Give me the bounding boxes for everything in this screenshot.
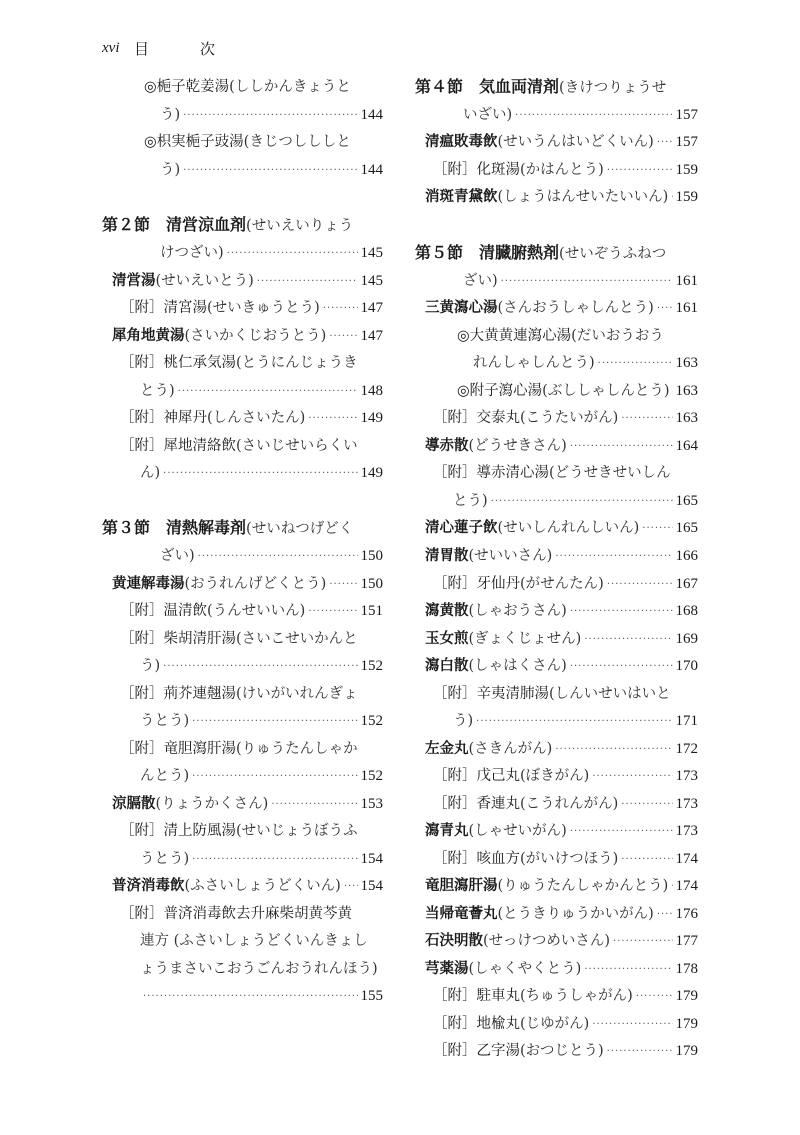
entry-text: ［附］駐車丸(ちゅうしゃがん) (433, 984, 633, 1008)
formula-name: 瀉黄散 (425, 603, 469, 619)
toc-entry[interactable]: う)144 (102, 158, 383, 182)
toc-entry[interactable]: ［附］荊芥連翹湯(けいがいれんぎょ (102, 682, 383, 706)
page-ref: 171 (676, 709, 699, 733)
entry-text: う) (140, 654, 160, 678)
entry-text: いざい) (463, 103, 512, 127)
dot-leader (257, 270, 358, 294)
reading: (しゃおうさん) (469, 603, 567, 619)
dot-leader (621, 407, 672, 431)
toc-entry[interactable]: 犀角地黄湯(さいかくじおうとう)147 (102, 324, 383, 348)
reading: うとう) (140, 851, 189, 867)
toc-entry[interactable]: ◎附子瀉心湯(ぶししゃしんとう)163 (415, 379, 698, 403)
dot-leader (621, 848, 672, 872)
dot-leader (183, 104, 357, 128)
toc-entry[interactable]: 瀉黄散(しゃおうさん)168 (415, 599, 698, 623)
entry-text: けつざい) (160, 241, 224, 265)
toc-entry[interactable]: ［附］乙字湯(おつじとう)179 (415, 1039, 698, 1063)
entry-text: とう) (453, 489, 488, 513)
toc-entry[interactable]: ［附］辛夷清肺湯(しんいせいはいと (415, 682, 698, 706)
entry-text: ［附］清宮湯(せいきゅうとう) (120, 296, 320, 320)
formula-name: 清胃散 (425, 548, 469, 564)
toc-entry[interactable]: ◎枳実梔子豉湯(きじつしししと (102, 130, 383, 154)
entry-text: ざい) (463, 269, 498, 293)
formula-name: 左金丸 (425, 741, 469, 757)
entry-text: うとう) (140, 709, 189, 733)
page-ref: 163 (676, 379, 699, 403)
entry-text: 清営湯(せいえいとう) (112, 269, 254, 293)
entry-text: 三黄瀉心湯(さんおうしゃしんとう) (425, 296, 654, 320)
formula-name: 犀角地黄湯 (112, 328, 185, 344)
page-ref: 154 (361, 847, 384, 871)
reading: 連方 (ふさいしょうどくいんきょし (140, 933, 368, 949)
reading: う) (160, 107, 180, 123)
entry-text: ［附］咳血方(がいけつほう) (433, 847, 618, 871)
reading: ざい) (463, 273, 498, 289)
reading: (ぶししゃしんとう) (542, 383, 669, 399)
reading: (ししかんきょうと (229, 79, 351, 95)
dot-leader (192, 710, 357, 734)
section-title: 清臓腑熱剤 (479, 243, 559, 262)
header-title-char-1: 目 (134, 38, 149, 59)
dot-leader (584, 628, 672, 652)
reading: ょうまさいこおうごんおうれんほう) (140, 961, 378, 977)
toc-entry[interactable]: ［附］牙仙丹(がせんたん)167 (415, 572, 698, 596)
entry-text: 普済消毒飲(ふさいしょうどくいん) (112, 874, 341, 898)
page-ref: 172 (676, 737, 699, 761)
page-ref: 165 (676, 489, 699, 513)
formula-name: ［附］咳血方 (433, 851, 520, 867)
header-title-char-2: 次 (200, 38, 215, 59)
dot-leader (657, 131, 673, 155)
toc-entry[interactable]: ［附］桃仁承気湯(とうにんじょうき (102, 351, 383, 375)
toc-entry[interactable]: ［附］戊己丸(ぼきがん)173 (415, 764, 698, 788)
dot-leader (271, 793, 357, 817)
dot-leader (570, 435, 673, 459)
reading: (さいじせいらくい (236, 438, 358, 454)
dot-leader (671, 875, 672, 899)
page-ref: 179 (676, 1012, 699, 1036)
entry-text: ょうまさいこおうごんおうれんほう) (140, 957, 378, 981)
toc-entry[interactable]: 導赤散(どうせきさん)164 (415, 434, 698, 458)
dot-leader (501, 270, 673, 294)
reading: (しゃくやくとう) (469, 961, 582, 977)
toc-entry[interactable]: ［附］導赤清心湯(どうせきせいしん (415, 461, 698, 485)
page-ref: 151 (361, 599, 384, 623)
page-ref: 169 (676, 627, 699, 651)
formula-name: ［附］普済消毒飲去升麻柴胡黄芩黄 (120, 906, 352, 922)
reading: (とうきりゅうかいがん) (498, 906, 654, 922)
dot-leader (143, 985, 358, 1009)
entry-text: 第４節 気血両清剤(きけつりょうせ (415, 75, 666, 100)
entry-text: ［附］地楡丸(じゆがん) (433, 1012, 589, 1036)
entry-text: ［附］清上防風湯(せいじょうぼうふ (120, 819, 358, 843)
dot-leader (592, 765, 672, 789)
page-ref: 152 (361, 709, 384, 733)
toc-entry[interactable]: とう)148 (102, 379, 383, 403)
formula-name: 瀉青丸 (425, 823, 469, 839)
reading: (こうれんがん) (520, 796, 618, 812)
reading: (とうにんじょうき (236, 355, 358, 371)
formula-name: ［附］乙字湯 (433, 1043, 520, 1059)
reading: とう) (140, 383, 175, 399)
reading: (かはんとう) (520, 162, 604, 178)
formula-name: ［附］交泰丸 (433, 410, 520, 426)
page-ref: 179 (676, 1039, 699, 1063)
toc-entry[interactable]: いざい)157 (415, 103, 698, 127)
page-ref: 155 (361, 984, 384, 1008)
page-ref: 173 (676, 764, 699, 788)
page-ref: 147 (361, 324, 384, 348)
toc-entry[interactable]: 芎薬湯(しゃくやくとう)178 (415, 957, 698, 981)
toc-entry[interactable]: 瀉青丸(しゃせいがん)173 (415, 819, 698, 843)
formula-name: ［附］駐車丸 (433, 988, 520, 1004)
entry-text: ◎梔子乾姜湯(ししかんきょうと (144, 75, 351, 99)
page-ref: 177 (676, 929, 699, 953)
dot-leader (163, 462, 357, 486)
formula-name: 普済消毒飲 (112, 878, 185, 894)
entry-text: れんしゃしんとう) (473, 351, 595, 375)
dot-leader (636, 985, 673, 1009)
reading: (さいかくじおうとう) (185, 328, 327, 344)
toc-entry[interactable]: 当帰竜薈丸(とうきりゅうかいがん)176 (415, 902, 698, 926)
formula-name: 竜胆瀉肝湯 (425, 878, 498, 894)
entry-text: 石決明散(せっけつめいさん) (425, 929, 610, 953)
formula-name: ［附］化斑湯 (433, 162, 520, 178)
toc-entry[interactable]: 瀉白散(しゃはくさん)170 (415, 654, 698, 678)
page-ref: 149 (361, 461, 384, 485)
page-ref: 163 (676, 406, 699, 430)
reading: (きじつしししと (244, 134, 351, 150)
entry-text: ◎附子瀉心湯(ぶししゃしんとう) (457, 379, 669, 403)
dot-leader (192, 765, 357, 789)
entry-text: ざい) (160, 544, 195, 568)
dot-leader (613, 930, 672, 954)
toc-section-heading[interactable]: 第４節 気血両清剤(きけつりょうせ (415, 75, 698, 99)
entry-text: ［附］普済消毒飲去升麻柴胡黄芩黄 (120, 902, 352, 926)
formula-name: 当帰竜薈丸 (425, 906, 498, 922)
reading: (りゅうたんしゃかんとう) (498, 878, 669, 894)
page-ref: 152 (361, 654, 384, 678)
formula-name: ［附］犀地清絡飲 (120, 438, 236, 454)
reading: (せっけつめいさん) (483, 933, 610, 949)
reading: (おうれんげどくとう) (185, 576, 327, 592)
entry-text: ん) (140, 461, 160, 485)
toc-entry[interactable]: ［附］神犀丹(しんさいたん)149 (102, 406, 383, 430)
reading: (どうせきせいしん (549, 465, 671, 481)
reading: (さきんがん) (469, 741, 553, 757)
formula-name: 玉女煎 (425, 631, 469, 647)
section-title: 清熱解毒剤 (166, 518, 246, 537)
formula-name: ［附］清宮湯 (120, 300, 207, 316)
reading: (ふさいしょうどくいん) (185, 878, 341, 894)
dot-leader (671, 186, 672, 210)
entry-text: う) (160, 158, 180, 182)
toc-entry[interactable]: ［附］清上防風湯(せいじょうぼうふ (102, 819, 383, 843)
toc-entry[interactable]: 玉女煎(ぎょくじょせん)169 (415, 627, 698, 651)
page-ref: 170 (676, 654, 699, 678)
entry-text: 清心蓮子飲(せいしんれんしいん) (425, 516, 639, 540)
formula-name: ［附］神犀丹 (120, 410, 207, 426)
toc-entry[interactable]: 清心蓮子飲(せいしんれんしいん)165 (415, 516, 698, 540)
formula-name: ［附］温清飲 (120, 603, 207, 619)
entry-text: 消斑青黛飲(しょうはんせいたいいん) (425, 185, 668, 209)
toc-entry[interactable]: ［附］普済消毒飲去升麻柴胡黄芩黄 (102, 902, 383, 926)
page-ref: 166 (676, 544, 699, 568)
section-title: 清営涼血剤 (166, 215, 246, 234)
toc-entry[interactable]: 普済消毒飲(ふさいしょうどくいん)154 (102, 874, 383, 898)
dot-leader (227, 242, 358, 266)
dot-leader (555, 545, 672, 569)
formula-name: ◎梔子乾姜湯 (144, 79, 229, 95)
entry-text: 第３節 清熱解毒剤(せいねつげどく (102, 516, 353, 541)
formula-name: ［附］桃仁承気湯 (120, 355, 236, 371)
page-ref: 153 (361, 792, 384, 816)
reading: う) (160, 162, 180, 178)
reading: (うんせいいん) (207, 603, 305, 619)
page-ref: 152 (361, 764, 384, 788)
toc-section-heading[interactable]: 第２節 清営涼血剤(せいえいりょう (102, 213, 383, 237)
entry-text: 瀉青丸(しゃせいがん) (425, 819, 567, 843)
entry-text: 左金丸(さきんがん) (425, 737, 552, 761)
dot-leader (607, 573, 673, 597)
entry-text: 清瘟敗毒飲(せいうんはいどくいん) (425, 130, 654, 154)
reading: うとう) (140, 713, 189, 729)
dot-leader (642, 517, 672, 541)
reading: う) (453, 713, 473, 729)
toc-entry[interactable]: ［附］化斑湯(かはんとう)159 (415, 158, 698, 182)
dot-leader (308, 600, 357, 624)
entry-text: ［附］香連丸(こうれんがん) (433, 792, 618, 816)
page-ref: 144 (361, 103, 384, 127)
page-ref: 173 (676, 792, 699, 816)
section-title: 気血両清剤 (479, 77, 559, 96)
dot-leader (607, 159, 673, 183)
entry-text: 瀉白散(しゃはくさん) (425, 654, 567, 678)
page-ref: 174 (676, 847, 699, 871)
toc-entry[interactable]: うとう)154 (102, 847, 383, 871)
reading: (どうせきさん) (469, 438, 567, 454)
reading: けつざい) (160, 245, 224, 261)
reading: (せいきゅうとう) (207, 300, 320, 316)
entry-text: ［附］犀地清絡飲(さいじせいらくい (120, 434, 358, 458)
toc-section-heading[interactable]: 第５節 清臓腑熱剤(せいぞうふねつ (415, 241, 698, 265)
formula-name: ◎枳実梔子豉湯 (144, 134, 244, 150)
page-ref: 173 (676, 819, 699, 843)
formula-name: ［附］辛夷清肺湯 (433, 686, 549, 702)
reading: (しんさいたん) (207, 410, 305, 426)
page-ref: 150 (361, 544, 384, 568)
toc-entry[interactable]: ◎大黄黄連瀉心湯(だいおうおう (415, 324, 698, 348)
reading: (きけつりょうせ (559, 80, 666, 96)
page-ref: 164 (676, 434, 699, 458)
page-number: xvi (102, 40, 119, 56)
dot-leader (515, 104, 672, 128)
formula-name: 芎薬湯 (425, 961, 469, 977)
entry-text: 当帰竜薈丸(とうきりゅうかいがん) (425, 902, 654, 926)
toc-entry[interactable]: 涼膈散(りょうかくさん)153 (102, 792, 383, 816)
reading: (せいえいとう) (156, 273, 254, 289)
entry-text: ［附］導赤清心湯(どうせきせいしん (433, 461, 671, 485)
dot-leader (329, 573, 357, 597)
toc-entry[interactable]: 清瘟敗毒飲(せいうんはいどくいん)157 (415, 130, 698, 154)
page-ref: 179 (676, 984, 699, 1008)
toc-entry[interactable]: ん)149 (102, 461, 383, 485)
page-ref: 150 (361, 572, 384, 596)
entry-text: 第２節 清営涼血剤(せいえいりょう (102, 213, 353, 238)
dot-leader (178, 380, 358, 404)
dot-leader (570, 655, 673, 679)
reading: ざい) (160, 548, 195, 564)
reading: (りゅうたんしゃか (236, 741, 358, 757)
section-number: 第４節 (415, 77, 463, 96)
toc-entry[interactable]: 黄連解毒湯(おうれんげどくとう)150 (102, 572, 383, 596)
toc-entry[interactable]: れんしゃしんとう)163 (415, 351, 698, 375)
dot-leader (163, 655, 357, 679)
entry-text: ［附］桃仁承気湯(とうにんじょうき (120, 351, 358, 375)
dot-leader (570, 820, 673, 844)
entry-text: 犀角地黄湯(さいかくじおうとう) (112, 324, 326, 348)
toc-entry[interactable]: ［附］犀地清絡飲(さいじせいらくい (102, 434, 383, 458)
formula-name: 消斑青黛飲 (425, 189, 498, 205)
reading: (がいけつほう) (520, 851, 618, 867)
formula-name: ［附］牙仙丹 (433, 576, 520, 592)
reading: う) (140, 658, 160, 674)
entry-text: ［附］神犀丹(しんさいたん) (120, 406, 305, 430)
section-number: 第３節 (102, 518, 150, 537)
formula-name: 瀉白散 (425, 658, 469, 674)
toc-entry[interactable]: う)171 (415, 709, 698, 733)
entry-text: ［附］化斑湯(かはんとう) (433, 158, 604, 182)
entry-text: ［附］牙仙丹(がせんたん) (433, 572, 604, 596)
page-ref: 165 (676, 516, 699, 540)
toc-entry[interactable]: 連方 (ふさいしょうどくいんきょし (102, 929, 383, 953)
entry-text: ［附］柴胡清肝湯(さいこせいかんと (120, 627, 358, 651)
toc-entry[interactable]: んとう)152 (102, 764, 383, 788)
toc-entry[interactable]: う)144 (102, 103, 383, 127)
formula-name: 石決明散 (425, 933, 483, 949)
toc-entry[interactable]: ◎梔子乾姜湯(ししかんきょうと (102, 75, 383, 99)
toc-entry[interactable]: ［附］駐車丸(ちゅうしゃがん)179 (415, 984, 698, 1008)
reading: (しゃせいがん) (469, 823, 567, 839)
formula-name: ◎附子瀉心湯 (457, 383, 542, 399)
reading: (こうたいがん) (520, 410, 618, 426)
formula-name: 清瘟敗毒飲 (425, 134, 498, 150)
reading: (せいじょうぼうふ (236, 823, 358, 839)
toc-section-heading[interactable]: 第３節 清熱解毒剤(せいねつげどく (102, 516, 383, 540)
page-ref: 149 (361, 406, 384, 430)
reading: (がせんたん) (520, 576, 604, 592)
reading: ん) (140, 465, 160, 481)
toc-entry[interactable]: 清営湯(せいえいとう)145 (102, 269, 383, 293)
formula-name: ［附］清上防風湯 (120, 823, 236, 839)
formula-name: 導赤散 (425, 438, 469, 454)
dot-leader (198, 545, 358, 569)
reading: (しゃはくさん) (469, 658, 567, 674)
page-ref: 144 (361, 158, 384, 182)
page-ref: 174 (676, 874, 699, 898)
dot-leader (621, 793, 672, 817)
dot-leader (592, 1013, 672, 1037)
formula-name: ［附］竜胆瀉肝湯 (120, 741, 236, 757)
entry-text: ［附］交泰丸(こうたいがん) (433, 406, 618, 430)
toc-entry[interactable]: ［附］交泰丸(こうたいがん)163 (415, 406, 698, 430)
toc-entry[interactable]: ［附］竜胆瀉肝湯(りゅうたんしゃか (102, 737, 383, 761)
toc-entry[interactable]: 清胃散(せいいさん)166 (415, 544, 698, 568)
entry-text: 連方 (ふさいしょうどくいんきょし (140, 929, 368, 953)
toc-entry[interactable]: 竜胆瀉肝湯(りゅうたんしゃかんとう)174 (415, 874, 698, 898)
toc-entry[interactable]: ざい)150 (102, 544, 383, 568)
toc-entry[interactable]: ［附］柴胡清肝湯(さいこせいかんと (102, 627, 383, 651)
toc-entry[interactable]: う)152 (102, 654, 383, 678)
toc-entry[interactable]: 石決明散(せっけつめいさん)177 (415, 929, 698, 953)
dot-leader (555, 738, 672, 762)
reading: (せいえいりょう (246, 218, 353, 234)
entry-text: 第５節 清臓腑熱剤(せいぞうふねつ (415, 241, 666, 266)
entry-text: んとう) (140, 764, 189, 788)
formula-name: 三黄瀉心湯 (425, 300, 498, 316)
toc-entry[interactable]: ざい)161 (415, 269, 698, 293)
toc-entry[interactable]: ［附］香連丸(こうれんがん)173 (415, 792, 698, 816)
toc-entry[interactable]: とう)165 (415, 489, 698, 513)
entry-text: とう) (140, 379, 175, 403)
formula-name: ◎大黄黄連瀉心湯 (457, 328, 571, 344)
toc-entry[interactable]: ょうまさいこおうごんおうれんほう) (102, 957, 383, 981)
toc-entry[interactable]: 左金丸(さきんがん)172 (415, 737, 698, 761)
reading: (しんいせいはいと (549, 686, 671, 702)
section-number: 第５節 (415, 243, 463, 262)
dot-leader (344, 875, 358, 899)
reading: (せいしんれんしいん) (498, 520, 640, 536)
entry-text: ◎大黄黄連瀉心湯(だいおうおう (457, 324, 664, 348)
entry-text: うとう) (140, 847, 189, 871)
page-ref: 161 (676, 296, 699, 320)
toc-entry[interactable]: 三黄瀉心湯(さんおうしゃしんとう)161 (415, 296, 698, 320)
toc-entry[interactable]: けつざい)145 (102, 241, 383, 265)
reading: (じゆがん) (520, 1016, 589, 1032)
page-ref: 145 (361, 241, 384, 265)
reading: (ちゅうしゃがん) (520, 988, 633, 1004)
page-ref: 159 (676, 158, 699, 182)
entry-text: 瀉黄散(しゃおうさん) (425, 599, 567, 623)
toc-entry[interactable]: ［附］咳血方(がいけつほう)174 (415, 847, 698, 871)
reading: (ぼきがん) (520, 768, 589, 784)
reading: (せいねつげどく (246, 521, 353, 537)
toc-entry[interactable]: 155 (102, 984, 383, 1008)
toc-entry[interactable]: うとう)152 (102, 709, 383, 733)
formula-name: ［附］地楡丸 (433, 1016, 520, 1032)
formula-name: ［附］戊己丸 (433, 768, 520, 784)
reading: (りょうかくさん) (156, 796, 269, 812)
dot-leader (183, 159, 357, 183)
entry-text: 黄連解毒湯(おうれんげどくとう) (112, 572, 326, 596)
page-ref: 161 (676, 269, 699, 293)
entry-text: ［附］乙字湯(おつじとう) (433, 1039, 604, 1063)
dot-leader (657, 297, 673, 321)
toc-entry[interactable]: 消斑青黛飲(しょうはんせいたいいん)159 (415, 185, 698, 209)
dot-leader (657, 903, 673, 927)
toc-entry[interactable]: ［附］温清飲(うんせいいん)151 (102, 599, 383, 623)
page-ref: 147 (361, 296, 384, 320)
reading: (けいがいれんぎょ (236, 686, 358, 702)
reading: んとう) (140, 768, 189, 784)
toc-entry[interactable]: ［附］地楡丸(じゆがん)179 (415, 1012, 698, 1036)
formula-name: ［附］導赤清心湯 (433, 465, 549, 481)
toc-entry[interactable]: ［附］清宮湯(せいきゅうとう)147 (102, 296, 383, 320)
running-header: xvi 目 次 (102, 38, 119, 57)
dot-leader (323, 297, 358, 321)
entry-text: 竜胆瀉肝湯(りゅうたんしゃかんとう) (425, 874, 668, 898)
dot-leader (476, 710, 672, 734)
